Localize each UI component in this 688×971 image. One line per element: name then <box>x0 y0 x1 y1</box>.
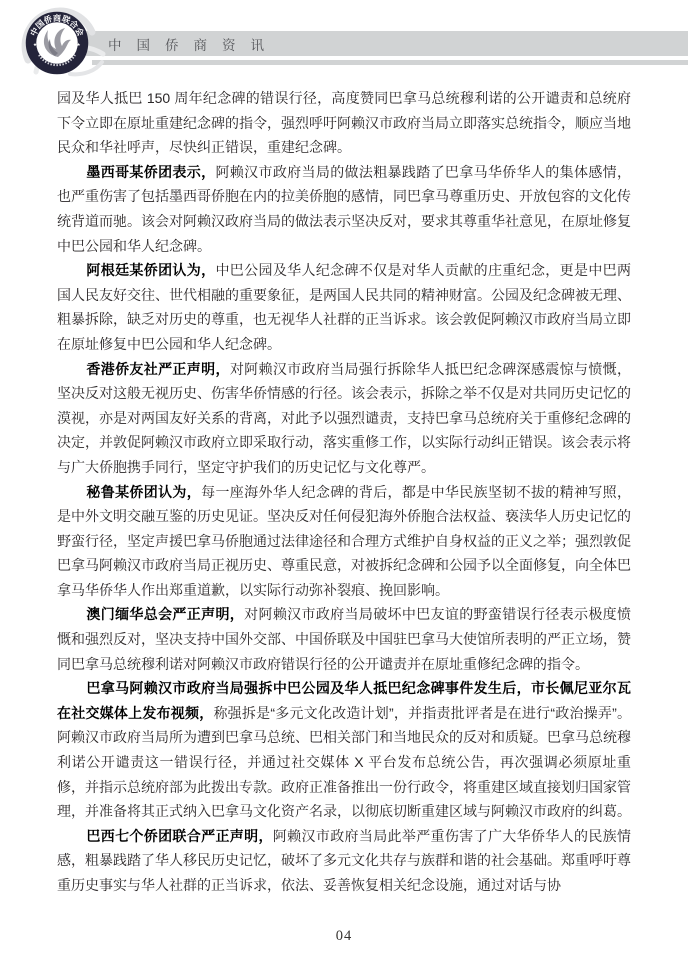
paragraph: 香港侨友社严正声明，对阿赖汉市政府当局强行拆除华人抵巴纪念碑深感震惊与愤慨，坚决… <box>57 357 631 480</box>
paragraph-lead: 阿根廷某侨团认为， <box>86 262 215 278</box>
org-seal-logo: 中国侨商联合会 ★ ★ <box>10 2 110 86</box>
paragraph: 澳门缅华总会严正声明，对阿赖汉市政府当局破坏中巴友谊的野蛮错误行径表示极度愤慨和… <box>57 602 631 676</box>
seal-ring: 中国侨商联合会 ★ ★ <box>26 12 88 74</box>
paragraph: 阿根廷某侨团认为，中巴公园及华人纪念碑不仅是对华人贡献的庄重纪念，更是中巴两国人… <box>57 258 631 356</box>
paragraph-text: 每一座海外华人纪念碑的背后，都是中华民族坚韧不拔的精神写照，是中外文明交融互鉴的… <box>57 484 631 598</box>
paragraph-text: 称强拆是“多元文化改造计划”，并指责批评者是在进行“政治操弄”。阿赖汉市政府当局… <box>57 705 631 819</box>
paragraph-lead: 墨西哥某侨团表示， <box>86 164 215 180</box>
paragraph-text: 园及华人抵巴 150 周年纪念碑的错误行径，高度赞同巴拿马总统穆利诺的公开谴责和… <box>57 90 631 155</box>
document-page: 中国侨商资讯 中国侨商联合会 <box>0 0 688 971</box>
banner-title: 中国侨商资讯 <box>86 34 279 54</box>
header-banner: 中国侨商资讯 <box>86 31 688 56</box>
paragraph: 墨西哥某侨团表示，阿赖汉市政府当局的做法粗暴践踏了巴拿马华侨华人的集体感情，也严… <box>57 160 631 258</box>
paragraph-lead: 秘鲁某侨团认为， <box>86 484 201 500</box>
page-number: 04 <box>0 928 688 945</box>
paragraph-lead: 香港侨友社严正声明， <box>86 361 229 377</box>
paragraph: 园及华人抵巴 150 周年纪念碑的错误行径，高度赞同巴拿马总统穆利诺的公开谴责和… <box>57 86 631 160</box>
paragraph-text: 对阿赖汉市政府当局强行拆除华人抵巴纪念碑深感震惊与愤慨，坚决反对这般无视历史、伤… <box>57 361 631 475</box>
paragraph-lead: 澳门缅华总会严正声明， <box>86 606 244 622</box>
paragraph-lead: 巴西七个侨团联合严正声明， <box>86 828 272 844</box>
paragraph: 巴拿马阿赖汉市政府当局强拆中巴公园及华人抵巴纪念碑事件发生后，市长佩尼亚尔瓦在社… <box>57 676 631 824</box>
paragraph: 巴西七个侨团联合严正声明，阿赖汉市政府当局此举严重伤害了广大华侨华人的民族情感，… <box>57 824 631 898</box>
paragraph: 秘鲁某侨团认为，每一座海外华人纪念碑的背后，都是中华民族坚韧不拔的精神写照，是中… <box>57 480 631 603</box>
article-body: 园及华人抵巴 150 周年纪念碑的错误行径，高度赞同巴拿马总统穆利诺的公开谴责和… <box>57 86 631 898</box>
header-banner-underline <box>92 60 688 65</box>
